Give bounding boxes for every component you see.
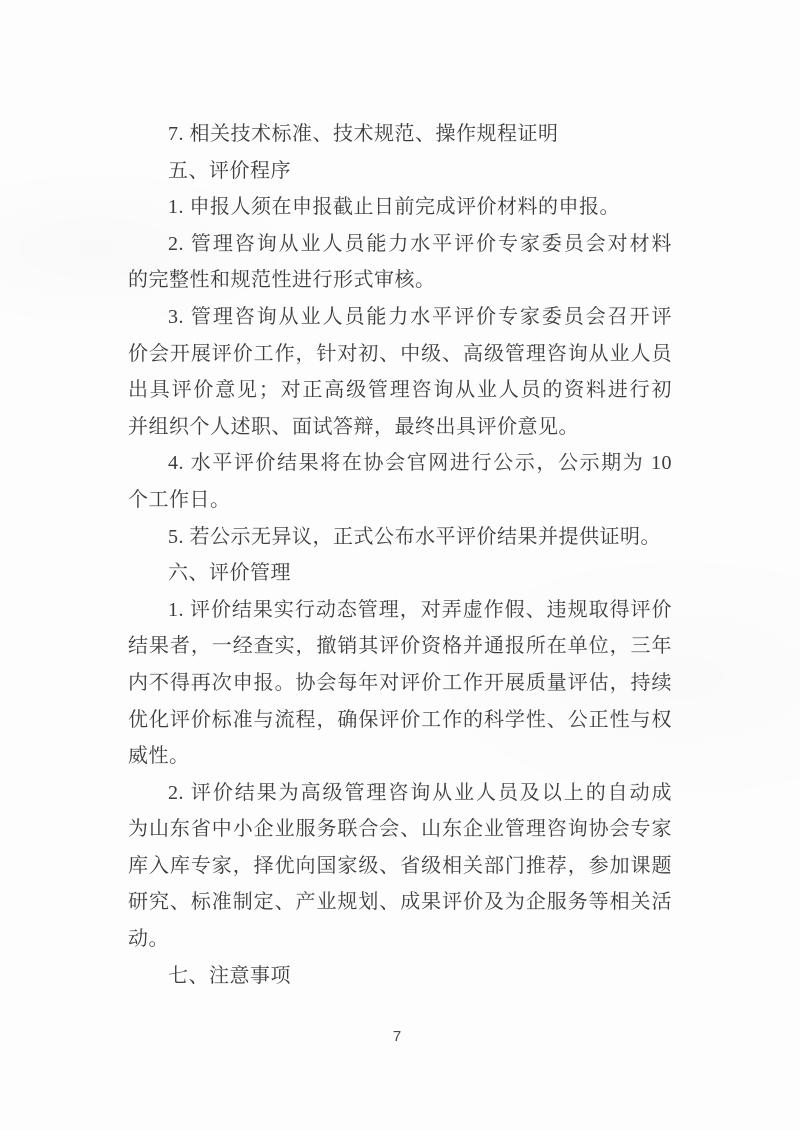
body-line: 优化评价标准与流程，确保评价工作的科学性、公正性与权	[128, 702, 672, 739]
body-line: 5. 若公示无异议，正式公布水平评价结果并提供证明。	[128, 519, 672, 556]
body-line: 3. 管理咨询从业人员能力水平评价专家委员会召开评	[128, 299, 672, 336]
document-page: 7. 相关技术标准、技术规范、操作规程证明 五、评价程序 1. 申报人须在申报截…	[0, 0, 800, 1130]
body-line: 为山东省中小企业服务联合会、山东企业管理咨询协会专家	[128, 811, 672, 848]
body-line: 1. 评价结果实行动态管理，对弄虚作假、违规取得评价	[128, 592, 672, 629]
body-line: 1. 申报人须在申报截止日前完成评价材料的申报。	[128, 189, 672, 226]
body-line: 价会开展评价工作，针对初、中级、高级管理咨询从业人员	[128, 336, 672, 373]
body-line: 动。	[128, 921, 672, 958]
document-text-block: 7. 相关技术标准、技术规范、操作规程证明 五、评价程序 1. 申报人须在申报截…	[128, 116, 672, 994]
body-line: 库入库专家，择优向国家级、省级相关部门推荐，参加课题	[128, 848, 672, 885]
body-line: 的完整性和规范性进行形式审核。	[128, 262, 672, 299]
body-line: 威性。	[128, 738, 672, 775]
body-line: 2. 管理咨询从业人员能力水平评价专家委员会对材料	[128, 226, 672, 263]
body-line: 4. 水平评价结果将在协会官网进行公示，公示期为 10	[128, 445, 672, 482]
section-heading: 六、评价管理	[128, 555, 672, 592]
body-line: 结果者，一经查实，撤销其评价资格并通报所在单位，三年	[128, 628, 672, 665]
body-line: 个工作日。	[128, 482, 672, 519]
body-line: 研究、标准制定、产业规划、成果评价及为企服务等相关活	[128, 884, 672, 921]
body-line: 7. 相关技术标准、技术规范、操作规程证明	[128, 116, 672, 153]
page-number: 7	[0, 1028, 794, 1045]
section-heading: 五、评价程序	[128, 153, 672, 190]
body-line: 2. 评价结果为高级管理咨询从业人员及以上的自动成	[128, 775, 672, 812]
body-line: 内不得再次申报。协会每年对评价工作开展质量评估，持续	[128, 665, 672, 702]
body-line: 并组织个人述职、面试答辩，最终出具评价意见。	[128, 409, 672, 446]
body-line: 出具评价意见；对正高级管理咨询从业人员的资料进行初审，	[128, 372, 672, 409]
section-heading: 七、注意事项	[128, 958, 672, 995]
